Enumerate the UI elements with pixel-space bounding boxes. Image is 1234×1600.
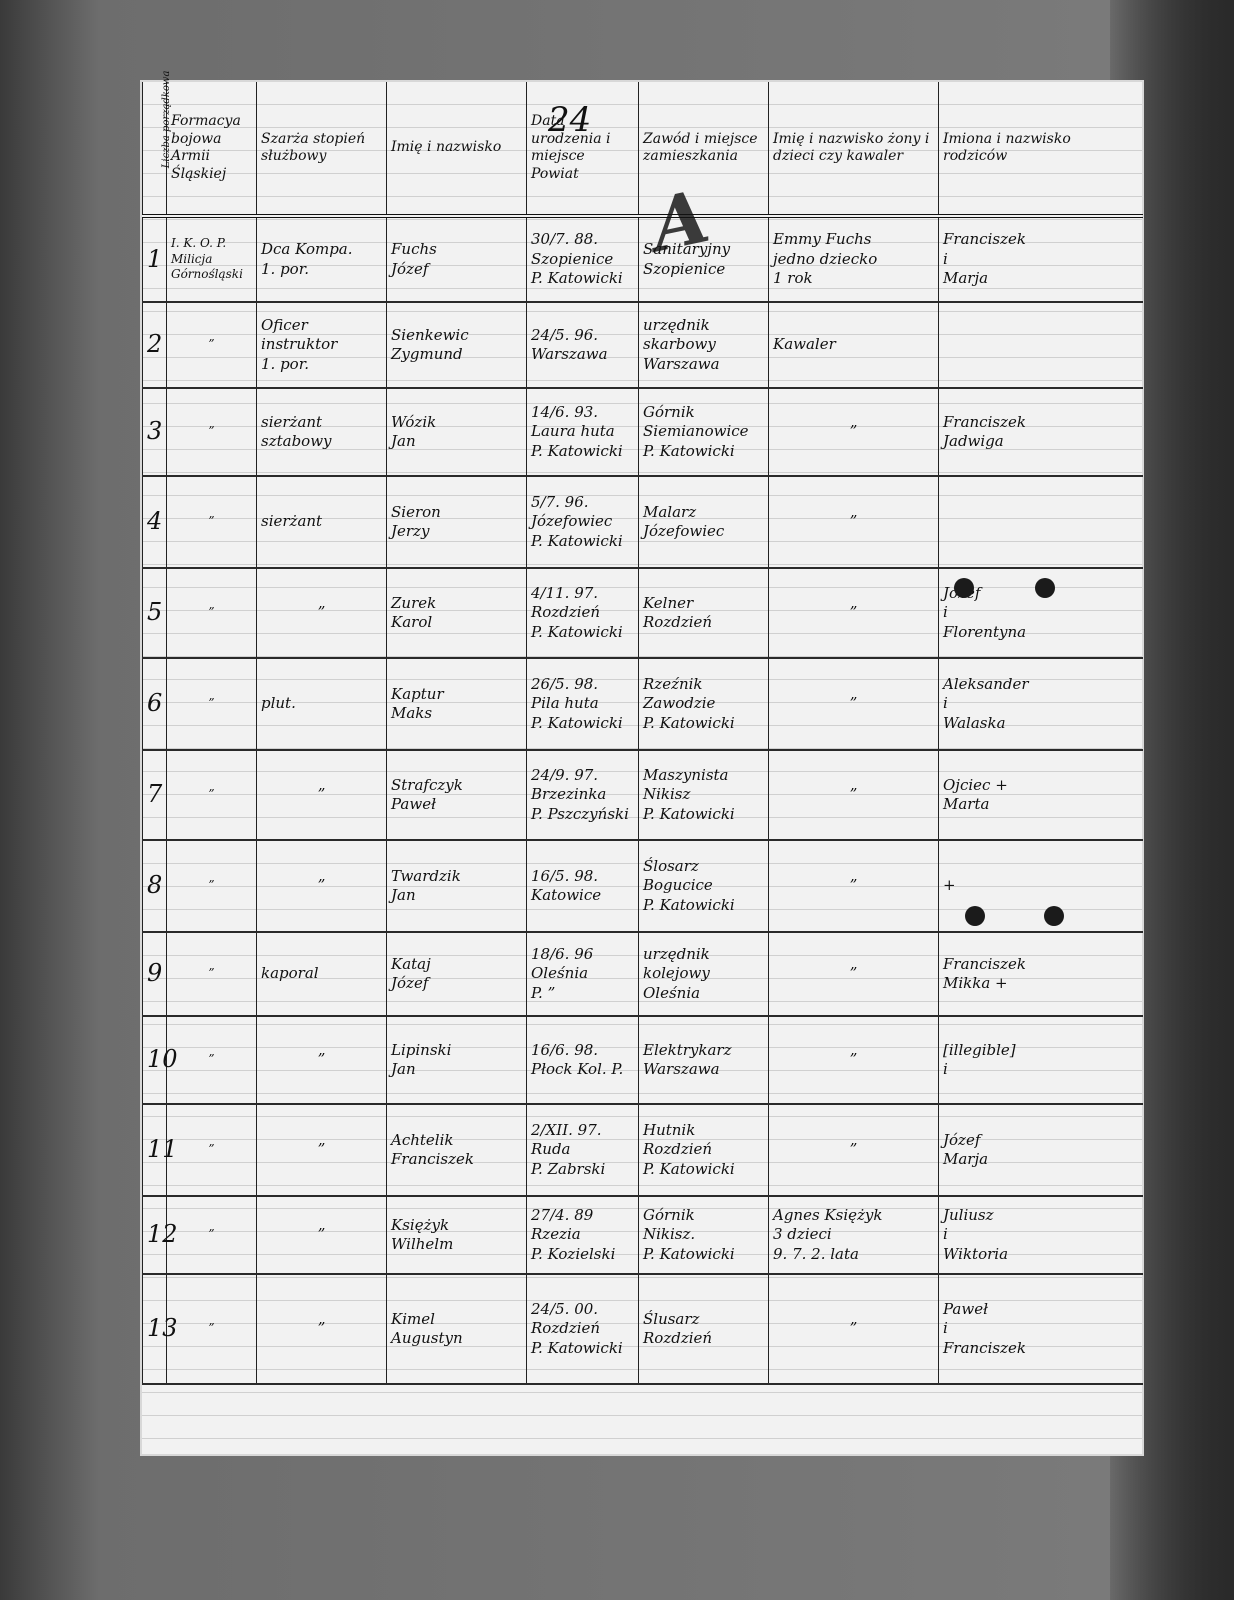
cell-birth: 27/4. 89RzeziaP. Kozielski	[527, 1196, 639, 1274]
cell-line: Rozdzień	[643, 1140, 764, 1160]
cell-line: Achtelik	[391, 1131, 522, 1151]
cell-line: 2/XII. 97.	[531, 1121, 634, 1141]
header-row: Liczba porządkowaFormacya bojowa Armii Ś…	[143, 82, 1143, 216]
cell-line: Płock Kol. P.	[531, 1060, 634, 1080]
cell-line: Wózik	[391, 413, 522, 433]
table-row: 9”kaporalKatajJózef18/6. 96OleśniaP. ”ur…	[143, 932, 1143, 1016]
cell-line: P. ”	[531, 984, 634, 1004]
cell-line: i	[943, 1225, 1139, 1245]
column-header-name: Imię i nazwisko	[387, 82, 527, 216]
cell-line: P. Zabrski	[531, 1160, 634, 1180]
cell-line: Ojciec +	[943, 776, 1139, 796]
cell-spouse: ”	[769, 750, 939, 840]
cell-birth: 30/7. 88.SzopieniceP. Katowicki	[527, 216, 639, 302]
cell-rank: ”	[257, 1196, 387, 1274]
cell-spouse: ”	[769, 932, 939, 1016]
cell-occupation: HutnikRozdzieńP. Katowicki	[639, 1104, 769, 1196]
cell-occupation: urzędnikskarbowyWarszawa	[639, 302, 769, 388]
cell-line: Rozdzień	[531, 1319, 634, 1339]
cell-line: P. Pszczyński	[531, 805, 634, 825]
cell-line: ”	[171, 878, 252, 894]
cell-line: Maszynista	[643, 766, 764, 786]
cell-birth: 14/6. 93.Laura hutaP. Katowicki	[527, 388, 639, 476]
cell-line: 16/5. 98.	[531, 867, 634, 887]
cell-line: Paweł	[943, 1300, 1139, 1320]
cell-line: skarbowy	[643, 335, 764, 355]
cell-no: 11	[143, 1104, 167, 1196]
cell-no: 10	[143, 1016, 167, 1104]
cell-line: jedno dziecko	[773, 250, 934, 270]
cell-line: i	[943, 603, 1139, 623]
cell-no: 9	[143, 932, 167, 1016]
cell-line: Sieron	[391, 503, 522, 523]
cell-line: ”	[773, 1140, 934, 1160]
cell-rank: plut.	[257, 658, 387, 750]
cell-name: TwardzikJan	[387, 840, 527, 932]
cell-line: Górnik	[643, 1206, 764, 1226]
cell-line: Jan	[391, 1060, 522, 1080]
cell-line: +	[943, 876, 1139, 896]
table-row: 3”sierżantsztabowyWózikJan14/6. 93.Laura…	[143, 388, 1143, 476]
cell-line: Józef	[391, 974, 522, 994]
cell-line: Warszawa	[643, 355, 764, 375]
cell-no: 12	[143, 1196, 167, 1274]
cell-line: ”	[171, 337, 252, 353]
cell-line: Laura huta	[531, 422, 634, 442]
register-table: Liczba porządkowaFormacya bojowa Armii Ś…	[142, 82, 1143, 1385]
cell-line: ”	[773, 1050, 934, 1070]
column-header-formation: Formacya bojowa Armii Śląskiej	[167, 82, 257, 216]
cell-occupation: urzędnikkolejowyOleśnia	[639, 932, 769, 1016]
cell-formation: ”	[167, 1016, 257, 1104]
cell-line: Oleśnia	[643, 984, 764, 1004]
cell-spouse: ”	[769, 1016, 939, 1104]
cell-line: Zygmund	[391, 345, 522, 365]
cell-birth: 24/9. 97.BrzezinkaP. Pszczyński	[527, 750, 639, 840]
cell-line: Szopienice	[643, 260, 764, 280]
cell-line: Bogucice	[643, 876, 764, 896]
column-header-birth: Data urodzenia i miejsce Powiat	[527, 82, 639, 216]
cell-formation: ”	[167, 568, 257, 658]
cell-occupation: GórnikNikisz.P. Katowicki	[639, 1196, 769, 1274]
cell-line: Józef	[943, 1131, 1139, 1151]
cell-line: sierżant	[261, 413, 382, 433]
cell-spouse: ”	[769, 388, 939, 476]
cell-parents: [illegible]i	[939, 1016, 1143, 1104]
cell-line: Maks	[391, 704, 522, 724]
register-page: 24 A Liczba porządkowaFormacya bojowa Ar…	[142, 82, 1142, 1454]
cell-line: Karol	[391, 613, 522, 633]
cell-rank: ”	[257, 1104, 387, 1196]
cell-line: 1. por.	[261, 355, 382, 375]
cell-no: 1	[143, 216, 167, 302]
cell-line: P. Katowicki	[643, 805, 764, 825]
cell-formation: ”	[167, 1104, 257, 1196]
ink-blot	[954, 578, 974, 598]
cell-line: Kaptur	[391, 685, 522, 705]
cell-line: Twardzik	[391, 867, 522, 887]
cell-spouse: Agnes Księżyk3 dzieci9. 7. 2. lata	[769, 1196, 939, 1274]
cell-occupation: MalarzJózefowiec	[639, 476, 769, 568]
cell-line: ”	[171, 787, 252, 803]
cell-spouse: ”	[769, 476, 939, 568]
cell-line: Ślosarz	[643, 857, 764, 877]
cell-line: Florentyna	[943, 623, 1139, 643]
cell-rank: Oficer instruktor1. por.	[257, 302, 387, 388]
ink-blot	[1044, 906, 1064, 926]
cell-name: AchtelikFranciszek	[387, 1104, 527, 1196]
cell-line: Strafczyk	[391, 776, 522, 796]
cell-line: kolejowy	[643, 964, 764, 984]
ink-blot	[965, 906, 985, 926]
ink-blot	[1035, 578, 1055, 598]
cell-line: Józefowiec	[531, 512, 634, 532]
cell-line: Milicja	[171, 252, 252, 268]
cell-formation: ”	[167, 840, 257, 932]
cell-rank: sierżant	[257, 476, 387, 568]
cell-line: Agnes Księżyk	[773, 1206, 934, 1226]
cell-line: Siemianowice	[643, 422, 764, 442]
cell-line: Franciszek	[943, 955, 1139, 975]
cell-line: ”	[171, 1142, 252, 1158]
cell-line: ”	[773, 603, 934, 623]
cell-line: Józefowiec	[643, 522, 764, 542]
cell-line: Księżyk	[391, 1216, 522, 1236]
cell-line: Kawaler	[773, 335, 934, 355]
cell-rank: kaporal	[257, 932, 387, 1016]
cell-name: LipinskiJan	[387, 1016, 527, 1104]
cell-line: ”	[261, 876, 382, 896]
cell-spouse: ”	[769, 840, 939, 932]
cell-line: Warszawa	[531, 345, 634, 365]
cell-line: ”	[261, 1319, 382, 1339]
cell-line: ”	[773, 512, 934, 532]
cell-name: SieronJerzy	[387, 476, 527, 568]
table-row: 1I. K. O. P.MilicjaGórnośląskiDca Kompa.…	[143, 216, 1143, 302]
cell-line: urzędnik	[643, 945, 764, 965]
cell-occupation: ElektrykarzWarszawa	[639, 1016, 769, 1104]
cell-formation: ”	[167, 750, 257, 840]
cell-name: SienkewicZygmund	[387, 302, 527, 388]
cell-line: 3 dzieci	[773, 1225, 934, 1245]
cell-line: 18/6. 96	[531, 945, 634, 965]
column-header-rank: Szarża stopień służbowy	[257, 82, 387, 216]
cell-parents: JózefMarja	[939, 1104, 1143, 1196]
cell-line: P. Katowicki	[531, 532, 634, 552]
cell-line: Jadwiga	[943, 432, 1139, 452]
cell-line: Szopienice	[531, 250, 634, 270]
cell-line: ”	[773, 785, 934, 805]
cell-line: P. Katowicki	[531, 623, 634, 643]
cell-spouse: Emmy Fuchsjedno dziecko1 rok	[769, 216, 939, 302]
cell-line: Marja	[943, 269, 1139, 289]
cell-line: P. Katowicki	[643, 1160, 764, 1180]
cell-line: I. K. O. P.	[171, 236, 252, 252]
cell-line: P. Katowicki	[643, 442, 764, 462]
cell-line: 1 rok	[773, 269, 934, 289]
cell-line: Franciszek	[943, 413, 1139, 433]
cell-no: 7	[143, 750, 167, 840]
cell-birth: 16/5. 98.Katowice	[527, 840, 639, 932]
cell-rank: ”	[257, 840, 387, 932]
cell-no: 13	[143, 1274, 167, 1384]
cell-line: ”	[171, 1052, 252, 1068]
cell-name: KsiężykWilhelm	[387, 1196, 527, 1274]
cell-line: Fuchs	[391, 240, 522, 260]
cell-occupation: RzeźnikZawodzieP. Katowicki	[639, 658, 769, 750]
cell-formation: I. K. O. P.MilicjaGórnośląski	[167, 216, 257, 302]
cell-spouse: ”	[769, 568, 939, 658]
cell-line: Rozdzień	[643, 613, 764, 633]
cell-line: Oleśnia	[531, 964, 634, 984]
cell-line: Marja	[943, 1150, 1139, 1170]
cell-birth: 24/5. 96.Warszawa	[527, 302, 639, 388]
cell-no: 6	[143, 658, 167, 750]
cell-line: i	[943, 250, 1139, 270]
cell-line: Nikisz.	[643, 1225, 764, 1245]
cell-line: Rzezia	[531, 1225, 634, 1245]
cell-line: ”	[171, 696, 252, 712]
cell-line: Górnośląski	[171, 267, 252, 283]
cell-line: ”	[171, 966, 252, 982]
cell-line: Juliusz	[943, 1206, 1139, 1226]
cell-line: P. Katowicki	[531, 269, 634, 289]
cell-line: Wiktoria	[943, 1245, 1139, 1265]
cell-line: i	[943, 1319, 1139, 1339]
cell-rank: ”	[257, 1274, 387, 1384]
cell-line: ”	[171, 514, 252, 530]
cell-line: P. Katowicki	[643, 896, 764, 916]
column-header-spouse: Imię i nazwisko żony i dzieci czy kawale…	[769, 82, 939, 216]
cell-line: sierżant	[261, 512, 382, 532]
cell-line: Kataj	[391, 955, 522, 975]
table-row: 6”plut.KapturMaks26/5. 98.Pila hutaP. Ka…	[143, 658, 1143, 750]
cell-parents: FranciszekiMarja	[939, 216, 1143, 302]
cell-rank: ”	[257, 750, 387, 840]
cell-occupation: SanitaryjnySzopienice	[639, 216, 769, 302]
cell-name: KatajJózef	[387, 932, 527, 1016]
cell-line: Katowice	[531, 886, 634, 906]
cell-line: Kimel	[391, 1310, 522, 1330]
cell-line: 5/7. 96.	[531, 493, 634, 513]
cell-line: ”	[773, 422, 934, 442]
cell-spouse: ”	[769, 1104, 939, 1196]
cell-line: Dca Kompa.	[261, 240, 382, 260]
cell-line: Hutnik	[643, 1121, 764, 1141]
cell-line: Franciszek	[943, 1339, 1139, 1359]
cell-line: Malarz	[643, 503, 764, 523]
cell-line: Ruda	[531, 1140, 634, 1160]
cell-birth: 24/5. 00.RozdzieńP. Katowicki	[527, 1274, 639, 1384]
cell-line: ”	[773, 876, 934, 896]
cell-line: Józef	[391, 260, 522, 280]
register-rows: 1I. K. O. P.MilicjaGórnośląskiDca Kompa.…	[143, 216, 1143, 1384]
cell-line: Jan	[391, 886, 522, 906]
cell-line: ”	[171, 1321, 252, 1337]
table-row: 12””KsiężykWilhelm27/4. 89RzeziaP. Kozie…	[143, 1196, 1143, 1274]
cell-line: Rozdzień	[643, 1329, 764, 1349]
cell-birth: 26/5. 98.Pila hutaP. Katowicki	[527, 658, 639, 750]
column-header-occupation: Zawód i miejsce zamieszkania	[639, 82, 769, 216]
column-header-parents: Imiona i nazwisko rodziców	[939, 82, 1143, 216]
cell-name: ZurekKarol	[387, 568, 527, 658]
cell-line: Franciszek	[943, 230, 1139, 250]
cell-line: [illegible]	[943, 1041, 1139, 1061]
cell-line: Jan	[391, 432, 522, 452]
cell-line: 1. por.	[261, 260, 382, 280]
cell-parents	[939, 302, 1143, 388]
table-row: 10””LipinskiJan16/6. 98.Płock Kol. P.Ele…	[143, 1016, 1143, 1104]
cell-line: 24/5. 96.	[531, 326, 634, 346]
cell-line: 24/9. 97.	[531, 766, 634, 786]
cell-line: Jerzy	[391, 522, 522, 542]
column-header-no: Liczba porządkowa	[143, 82, 167, 216]
cell-line: urzędnik	[643, 316, 764, 336]
cell-line: P. Katowicki	[531, 1339, 634, 1359]
cell-birth: 18/6. 96OleśniaP. ”	[527, 932, 639, 1016]
cell-birth: 2/XII. 97.RudaP. Zabrski	[527, 1104, 639, 1196]
cell-line: P. Kozielski	[531, 1245, 634, 1265]
table-row: 4”sierżantSieronJerzy5/7. 96.JózefowiecP…	[143, 476, 1143, 568]
cell-birth: 16/6. 98.Płock Kol. P.	[527, 1016, 639, 1104]
cell-line: i	[943, 694, 1139, 714]
cell-no: 4	[143, 476, 167, 568]
cell-line: 26/5. 98.	[531, 675, 634, 695]
cell-name: WózikJan	[387, 388, 527, 476]
cell-line: Elektrykarz	[643, 1041, 764, 1061]
cell-line: Sienkewic	[391, 326, 522, 346]
cell-occupation: GórnikSiemianowiceP. Katowicki	[639, 388, 769, 476]
cell-birth: 4/11. 97.RozdzieńP. Katowicki	[527, 568, 639, 658]
cell-occupation: MaszynistaNikiszP. Katowicki	[639, 750, 769, 840]
cell-line: Paweł	[391, 795, 522, 815]
cell-parents: FranciszekMikka +	[939, 932, 1143, 1016]
cell-line: 16/6. 98.	[531, 1041, 634, 1061]
cell-birth: 5/7. 96.JózefowiecP. Katowicki	[527, 476, 639, 568]
cell-line: ”	[171, 605, 252, 621]
cell-line: Augustyn	[391, 1329, 522, 1349]
cell-line: ”	[261, 1225, 382, 1245]
cell-formation: ”	[167, 658, 257, 750]
cell-line: ”	[773, 694, 934, 714]
cell-parents: JuliusziWiktoria	[939, 1196, 1143, 1274]
cell-line: Lipinski	[391, 1041, 522, 1061]
cell-line: Nikisz	[643, 785, 764, 805]
table-row: 13””KimelAugustyn24/5. 00.RozdzieńP. Kat…	[143, 1274, 1143, 1384]
table-row: 7””StrafczykPaweł24/9. 97.BrzezinkaP. Ps…	[143, 750, 1143, 840]
cell-line: sztabowy	[261, 432, 382, 452]
cell-parents: FranciszekJadwiga	[939, 388, 1143, 476]
cell-formation: ”	[167, 1196, 257, 1274]
cell-occupation: ŚlusarzRozdzień	[639, 1274, 769, 1384]
cell-no: 5	[143, 568, 167, 658]
cell-line: 14/6. 93.	[531, 403, 634, 423]
cell-line: ”	[171, 424, 252, 440]
cell-line: Rozdzień	[531, 603, 634, 623]
cell-line: ”	[773, 1319, 934, 1339]
cell-line: P. Katowicki	[531, 714, 634, 734]
cell-formation: ”	[167, 476, 257, 568]
cell-line: 9. 7. 2. lata	[773, 1245, 934, 1265]
cell-line: Warszawa	[643, 1060, 764, 1080]
cell-line: 30/7. 88.	[531, 230, 634, 250]
cell-line: Zurek	[391, 594, 522, 614]
cell-line: ”	[261, 603, 382, 623]
cell-spouse: ”	[769, 1274, 939, 1384]
cell-line: Marta	[943, 795, 1139, 815]
cell-line: Górnik	[643, 403, 764, 423]
cell-line: Wilhelm	[391, 1235, 522, 1255]
cell-line: i	[943, 1060, 1139, 1080]
cell-line: ”	[261, 1140, 382, 1160]
cell-line: ”	[261, 785, 382, 805]
cell-line: Emmy Fuchs	[773, 230, 934, 250]
cell-name: FuchsJózef	[387, 216, 527, 302]
cell-parents: Ojciec +Marta	[939, 750, 1143, 840]
cell-line: ”	[261, 1050, 382, 1070]
cell-occupation: ŚlosarzBoguciceP. Katowicki	[639, 840, 769, 932]
cell-line: Ślusarz	[643, 1310, 764, 1330]
cell-line: Walaska	[943, 714, 1139, 734]
cell-spouse: Kawaler	[769, 302, 939, 388]
cell-spouse: ”	[769, 658, 939, 750]
cell-parents: PawełiFranciszek	[939, 1274, 1143, 1384]
cell-line: 27/4. 89	[531, 1206, 634, 1226]
cell-rank: ”	[257, 1016, 387, 1104]
cell-line: P. Katowicki	[643, 714, 764, 734]
cell-formation: ”	[167, 388, 257, 476]
cell-line: 24/5. 00.	[531, 1300, 634, 1320]
cell-line: P. Katowicki	[531, 442, 634, 462]
cell-line: ”	[773, 964, 934, 984]
cell-parents: AleksanderiWalaska	[939, 658, 1143, 750]
cell-line: Rzeźnik	[643, 675, 764, 695]
cell-name: StrafczykPaweł	[387, 750, 527, 840]
cell-line: plut.	[261, 694, 382, 714]
cell-occupation: KelnerRozdzień	[639, 568, 769, 658]
cell-name: KapturMaks	[387, 658, 527, 750]
table-row: 8””TwardzikJan16/5. 98.KatowiceŚlosarzBo…	[143, 840, 1143, 932]
table-row: 5””ZurekKarol4/11. 97.RozdzieńP. Katowic…	[143, 568, 1143, 658]
table-row: 2”Oficer instruktor1. por.SienkewicZygmu…	[143, 302, 1143, 388]
cell-rank: sierżantsztabowy	[257, 388, 387, 476]
column-header-label: Liczba porządkowa	[161, 128, 174, 168]
cell-no: 2	[143, 302, 167, 388]
cell-line: ”	[171, 1227, 252, 1243]
cell-name: KimelAugustyn	[387, 1274, 527, 1384]
cell-line: Zawodzie	[643, 694, 764, 714]
cell-line: Aleksander	[943, 675, 1139, 695]
cell-formation: ”	[167, 932, 257, 1016]
cell-rank: Dca Kompa.1. por.	[257, 216, 387, 302]
cell-line: Franciszek	[391, 1150, 522, 1170]
cell-line: Sanitaryjny	[643, 240, 764, 260]
cell-line: 4/11. 97.	[531, 584, 634, 604]
cell-formation: ”	[167, 302, 257, 388]
cell-no: 3	[143, 388, 167, 476]
table-row: 11””AchtelikFranciszek2/XII. 97.RudaP. Z…	[143, 1104, 1143, 1196]
cell-parents	[939, 476, 1143, 568]
cell-line: Oficer instruktor	[261, 316, 382, 355]
cell-line: Mikka +	[943, 974, 1139, 994]
cell-line: Kelner	[643, 594, 764, 614]
cell-no: 8	[143, 840, 167, 932]
cell-line: Pila huta	[531, 694, 634, 714]
cell-line: P. Katowicki	[643, 1245, 764, 1265]
cell-line: kaporal	[261, 964, 382, 984]
cell-formation: ”	[167, 1274, 257, 1384]
cell-line: Brzezinka	[531, 785, 634, 805]
